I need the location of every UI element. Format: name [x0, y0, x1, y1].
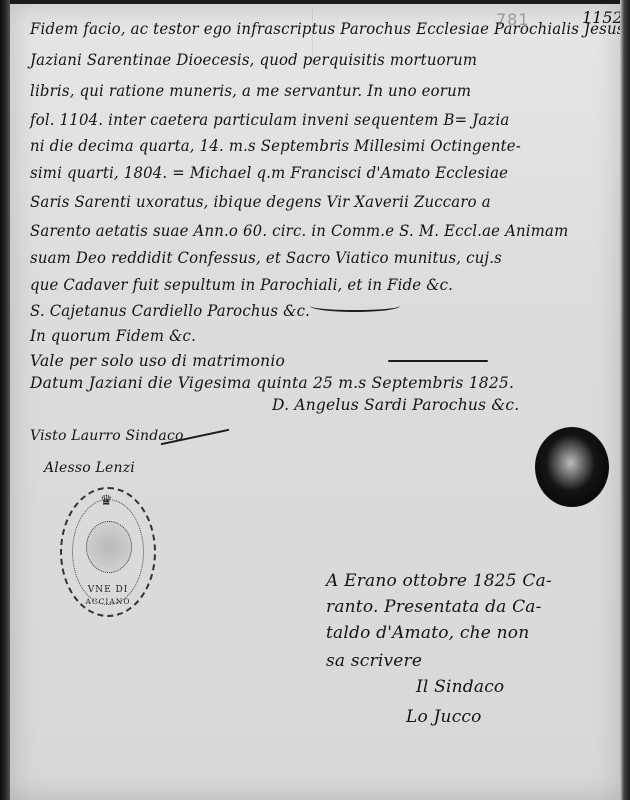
validation-note: Vale per solo uso di matrimonio — [30, 352, 285, 370]
record-line: simi quarti, 1804. = Michael q.m Francis… — [30, 164, 508, 182]
mayor-signature: Lo Jucco — [406, 706, 482, 728]
page-right-edge — [620, 0, 630, 800]
record-line: fol. 1104. inter caetera particulam inve… — [30, 111, 509, 129]
visa-note: Visto Laurro Sindaco — [30, 428, 184, 444]
record-line: Saris Sarenti uxoratus, ibique degens Vi… — [30, 193, 491, 211]
mayor-title: Il Sindaco — [416, 676, 504, 698]
note-line: A Erano ottobre 1825 Ca- — [326, 570, 552, 592]
signature-flourish — [310, 300, 400, 312]
mayor-signature: Alesso Lenzi — [44, 460, 135, 476]
underline-rule — [388, 360, 488, 362]
record-line: In quorum Fidem &c. — [30, 327, 196, 345]
record-line: suam Deo reddidit Confessus, et Sacro Vi… — [30, 249, 502, 267]
seal-coat-of-arms — [86, 521, 132, 573]
note-line: sa scrivere — [326, 650, 422, 672]
record-line: Fidem facio, ac testor ego infrascriptus… — [30, 20, 625, 38]
book-spine-edge — [0, 0, 10, 800]
dark-ink-stamp — [535, 427, 609, 507]
record-line: Jaziani Sarentinae Dioecesis, quod perqu… — [30, 51, 477, 69]
parish-priest-signature: D. Angelus Sardi Parochus &c. — [272, 396, 519, 414]
register-page: 781 1152 Fidem facio, ac testor ego infr… — [10, 4, 622, 800]
record-line: libris, qui ratione muneris, a me servan… — [30, 82, 471, 100]
record-line: ni die decima quarta, 14. m.s Septembris… — [30, 137, 521, 155]
seal-legend: VNE DI — [62, 585, 154, 595]
note-line: ranto. Presentata da Ca- — [326, 596, 542, 618]
note-line: taldo d'Amato, che non — [326, 622, 529, 644]
municipal-seal: ♛ VNE DI ACCIANO — [60, 487, 156, 617]
record-line: que Cadaver fuit sepultum in Parochiali,… — [30, 276, 453, 294]
record-line: S. Cajetanus Cardiello Parochus &c. — [30, 302, 310, 320]
validation-date: Datum Jaziani die Vigesima quinta 25 m.s… — [30, 374, 514, 392]
record-line: Sarento aetatis suae Ann.o 60. circ. in … — [30, 222, 568, 240]
crown-icon: ♛ — [100, 493, 113, 509]
seal-legend: ACCIANO — [62, 597, 154, 606]
